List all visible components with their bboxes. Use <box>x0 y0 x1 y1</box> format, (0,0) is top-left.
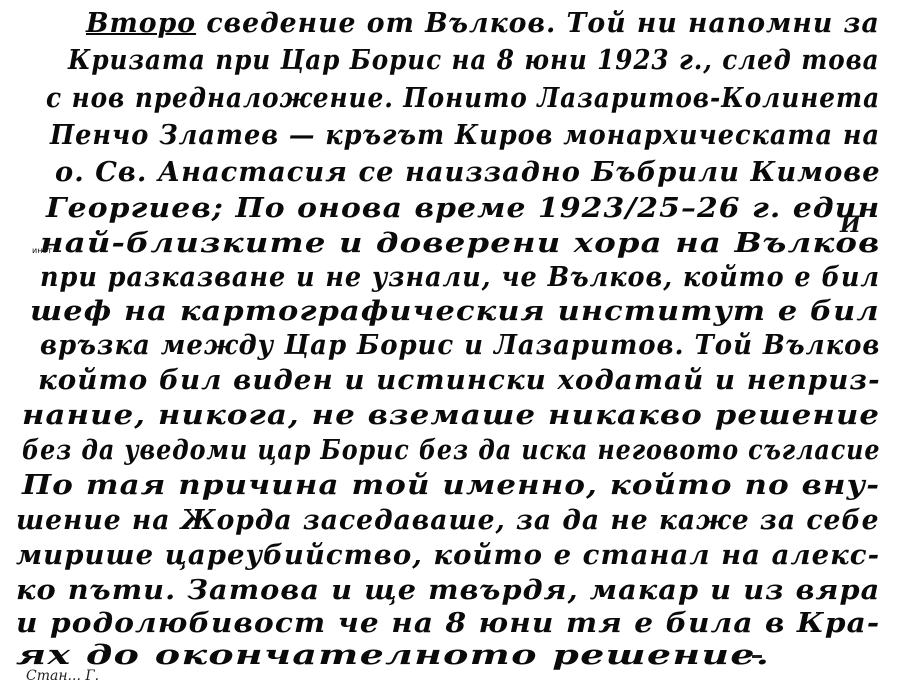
manuscript-line-9: шеф на картографическия институт е бил <box>30 296 880 327</box>
manuscript-line-1: Второ сведение от Вълков. Той ни напомни… <box>86 8 880 39</box>
manuscript-page: Второ сведение от Вълков. Той ни напомни… <box>0 0 900 683</box>
manuscript-line-17: ко пъти. Затова и ще твърдя, макар и из … <box>16 575 880 606</box>
manuscript-line-8: при разказване и не узнали, че Вълков, к… <box>40 262 880 293</box>
manuscript-line-5: о. Св. Анастасия се наиззадно Бъбрили Ки… <box>55 157 881 188</box>
manuscript-line-16: мирише цареубийство, който е станал на а… <box>16 540 880 571</box>
manuscript-line-3: с нов предналожение. Понито Лазаритов-Ко… <box>46 83 880 114</box>
stray-pen-mark <box>752 655 762 658</box>
manuscript-line-10: връзка между Цар Борис и Лазаритов. Той … <box>40 330 880 361</box>
manuscript-line-11: който бил виден и истински ходатай и неп… <box>38 365 881 396</box>
manuscript-line-18: и родолюбивост че на 8 юни тя е била в К… <box>16 608 880 639</box>
manuscript-line-7: най-близките и доверени хора на Вълков <box>40 228 881 259</box>
manuscript-line-12: нание, никога, не вземаше никакво решени… <box>22 400 880 431</box>
margin-note: инот <box>32 246 52 255</box>
manuscript-line-4: Пенчо Златев — кръгът Киров монархическа… <box>50 120 880 151</box>
signature: Стан... Г. <box>26 668 99 683</box>
manuscript-line-13: без да уведоми цар Борис без да иска нег… <box>22 435 880 466</box>
manuscript-line-15: шение на Жорда заседаваше, за да не каже… <box>16 505 880 536</box>
manuscript-line-2: Кризата при Цар Борис на 8 юни 1923 г., … <box>68 45 880 76</box>
manuscript-line-14: По тая причина той именно, който по вну- <box>22 470 880 501</box>
underlined-heading-word: Второ <box>86 8 196 39</box>
manuscript-line-6: Георгиев; По онова време 1923/25–26 г. е… <box>46 193 880 224</box>
manuscript-line-19: ях до окончателното решение. <box>16 640 770 671</box>
line-1-rest: сведение от Вълков. Той ни напомни за <box>196 8 880 39</box>
